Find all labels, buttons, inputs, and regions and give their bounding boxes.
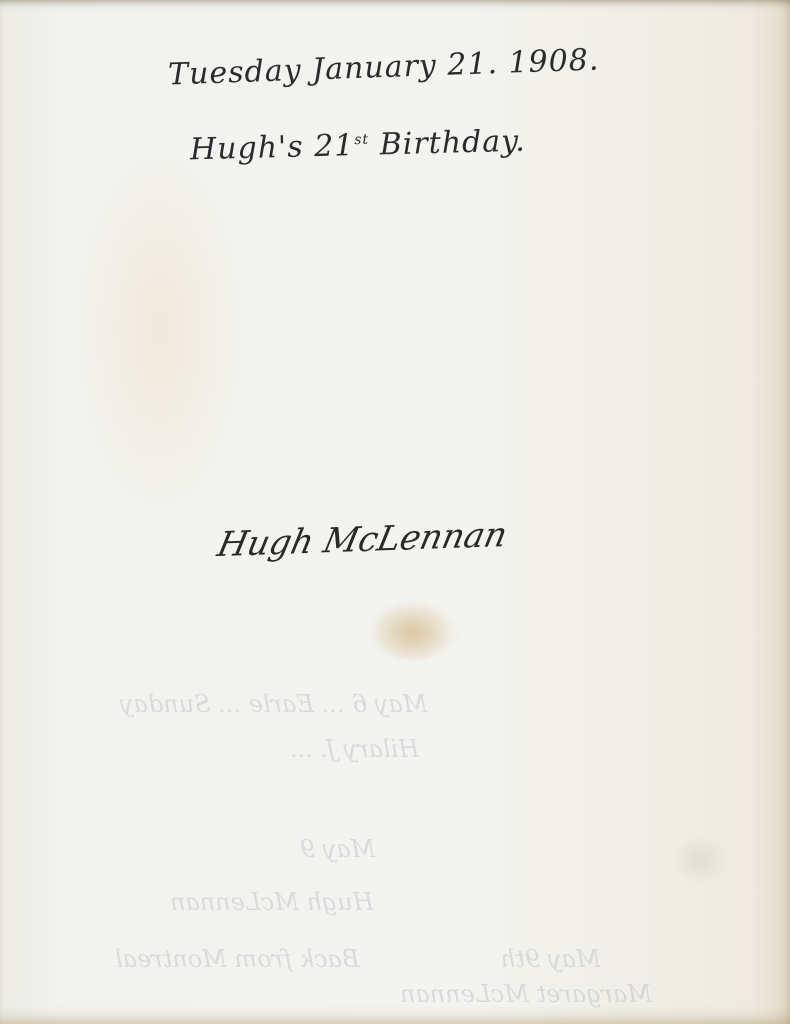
bleed-through-line: May 9th xyxy=(500,945,600,973)
entry-title: Hugh's 21st Birthday. xyxy=(190,124,526,168)
journal-page: May 6 ... Earle ... Sunday Hilary J. ...… xyxy=(0,0,790,1024)
bleed-through-line: May 6 ... Earle ... Sunday xyxy=(120,690,427,718)
bleed-through-line: May 9 xyxy=(300,835,375,863)
water-stain xyxy=(370,600,460,660)
bleed-through-line: Margaret McLennan xyxy=(400,980,652,1008)
entry-title-prefix: Hugh's 21 xyxy=(190,128,355,167)
entry-date: Tuesday January 21. 1908. xyxy=(168,42,600,92)
entry-title-end: Birthday. xyxy=(369,124,526,163)
bleed-through-line: Back from Montreal xyxy=(115,945,360,973)
bleed-through-line: Hugh McLennan xyxy=(170,888,374,916)
ordinal-suffix: st xyxy=(354,132,369,148)
bleed-through-line: Hilary J. ... xyxy=(290,735,419,763)
signature: Hugh McLennan xyxy=(214,515,511,565)
